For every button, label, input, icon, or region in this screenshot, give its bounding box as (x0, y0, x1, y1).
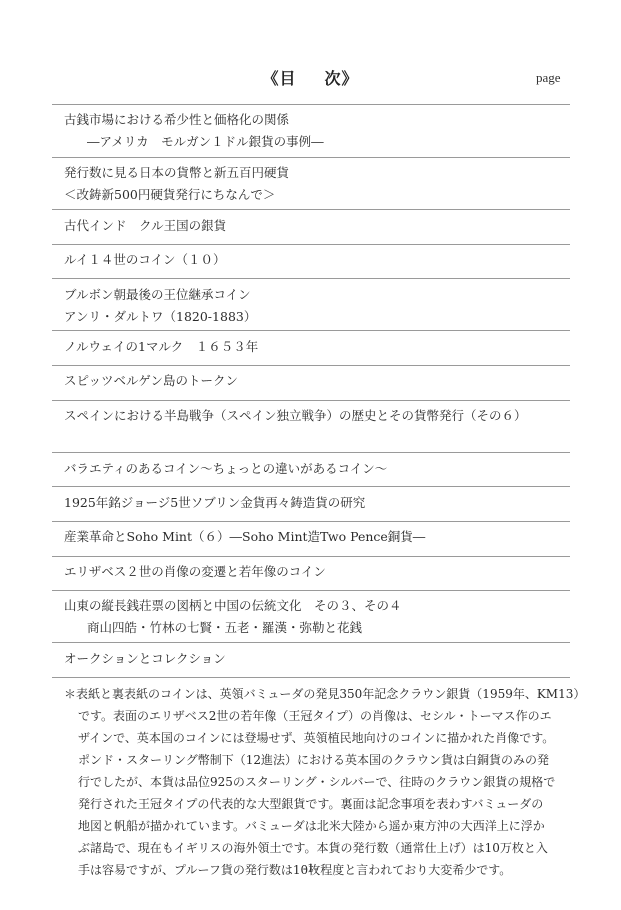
divider (52, 521, 570, 522)
divider (52, 556, 570, 557)
toc-entry-title: スピッツベルゲン島のトークン (64, 370, 238, 392)
toc-entry-title: 山東の縦長銭荘票の図柄と中国の伝統文化 その３、その４ (64, 595, 402, 617)
page-column-label: page (536, 70, 561, 86)
footnote-line: ポンド・スターリング幣制下（12進法）における英本国のクラウン貨は白銅貨のみの発 (64, 749, 584, 771)
toc-entry-title: 古銭市場における希少性と価格化の関係 (64, 109, 324, 131)
title-left: 《目 (262, 69, 296, 88)
toc-entry-title: バラエティのあるコイン～ちょっとの違いがあるコイン～ (64, 458, 387, 480)
toc-entry[interactable]: ノルウェイの1マルク １６５３年 (64, 336, 258, 358)
toc-entry-title: 1925年銘ジョージ5世ソブリン金貨再々鋳造貨の研究 (64, 492, 365, 514)
footnote-line: ザインで、英本国のコインには登場せず、英領植民地向けのコインに描かれた肖像です。 (64, 727, 584, 749)
toc-entry[interactable]: ブルボン朝最後の王位継承コイン アンリ・ダルトワ（1820-1883） (64, 284, 256, 328)
divider (52, 677, 570, 678)
toc-entry-subtitle: 商山四皓・竹林の七賢・五老・羅漢・弥勒と花銭 (64, 617, 402, 639)
toc-entry-title: オークションとコレクション (64, 648, 226, 670)
divider (52, 486, 570, 487)
toc-entry[interactable]: エリザベス２世の肖像の変遷と若年像のコイン (64, 561, 326, 583)
footnote-line: ＊表紙と裏表紙のコインは、英領バミューダの発見350年記念クラウン銀貨（1959… (64, 683, 584, 705)
divider (52, 400, 570, 401)
footnote-line: 発行された王冠タイプの代表的な大型銀貨です。裏面は記念事項を表わすバミューダの (64, 793, 584, 815)
toc-entry-title: エリザベス２世の肖像の変遷と若年像のコイン (64, 561, 326, 583)
cover-coin-footnote: ＊表紙と裏表紙のコインは、英領バミューダの発見350年記念クラウン銀貨（1959… (64, 683, 584, 881)
toc-entry[interactable]: 山東の縦長銭荘票の図柄と中国の伝統文化 その３、その４ 商山四皓・竹林の七賢・五… (64, 595, 402, 639)
divider (52, 330, 570, 331)
footnote-line: ぶ諸島で、現在もイギリスの海外領土です。本貨の発行数（通常仕上げ）は10万枚と入 (64, 837, 584, 859)
divider (52, 104, 570, 105)
toc-entry[interactable]: 1925年銘ジョージ5世ソブリン金貨再々鋳造貨の研究 (64, 492, 365, 514)
toc-entry[interactable]: 古銭市場における希少性と価格化の関係 ―アメリカ モルガン１ドル銀貨の事例― (64, 109, 324, 153)
footnote-line: 行でしたが、本貨は品位925のスターリング・シルバーで、往時のクラウン銀貨の規格… (64, 771, 584, 793)
divider (52, 278, 570, 279)
toc-entry-title: 産業革命とSoho Mint（６）―Soho Mint造Two Pence銅貨― (64, 526, 425, 548)
toc-entry-subtitle: アンリ・ダルトワ（1820-1883） (64, 306, 256, 328)
footnote-line: 地図と帆船が描かれています。バミューダは北米大陸から遥か東方沖の大西洋上に浮か (64, 815, 584, 837)
toc-entry-title: 古代インド クル王国の銀貨 (64, 215, 226, 237)
toc-entry-title: 発行数に見る日本の貨幣と新五百円硬貨 (64, 162, 289, 184)
divider (52, 209, 570, 210)
page-title: 《目次》 (0, 66, 621, 89)
divider (52, 590, 570, 591)
toc-entry-subtitle: ＜改鋳新500円硬貨発行にちなんで＞ (64, 184, 289, 206)
toc-entry[interactable]: ルイ１４世のコイン（１０） (64, 249, 226, 271)
toc-entry[interactable]: 産業革命とSoho Mint（６）―Soho Mint造Two Pence銅貨― (64, 526, 425, 548)
toc-entry[interactable]: スペインにおける半島戦争（スペイン独立戦争）の歴史とその貨幣発行（その６） (64, 405, 527, 427)
page-number: -1- (0, 860, 621, 876)
divider (52, 642, 570, 643)
toc-entry[interactable]: 古代インド クル王国の銀貨 (64, 215, 226, 237)
toc-entry-title: ノルウェイの1マルク １６５３年 (64, 336, 258, 358)
toc-entry-title: ブルボン朝最後の王位継承コイン (64, 284, 256, 306)
divider (52, 452, 570, 453)
title-right: 次》 (325, 69, 359, 88)
toc-entry[interactable]: オークションとコレクション (64, 648, 226, 670)
toc-entry-title: ルイ１４世のコイン（１０） (64, 249, 226, 271)
divider (52, 365, 570, 366)
divider (52, 244, 570, 245)
toc-entry[interactable]: スピッツベルゲン島のトークン (64, 370, 238, 392)
toc-entry-subtitle: ―アメリカ モルガン１ドル銀貨の事例― (64, 131, 324, 153)
divider (52, 157, 570, 158)
footnote-line: です。表面のエリザベス2世の若年像（王冠タイプ）の肖像は、セシル・トーマス作のエ (64, 705, 584, 727)
toc-entry[interactable]: 発行数に見る日本の貨幣と新五百円硬貨 ＜改鋳新500円硬貨発行にちなんで＞ (64, 162, 289, 206)
toc-entry-title: スペインにおける半島戦争（スペイン独立戦争）の歴史とその貨幣発行（その６） (64, 405, 527, 427)
toc-entry[interactable]: バラエティのあるコイン～ちょっとの違いがあるコイン～ (64, 458, 387, 480)
